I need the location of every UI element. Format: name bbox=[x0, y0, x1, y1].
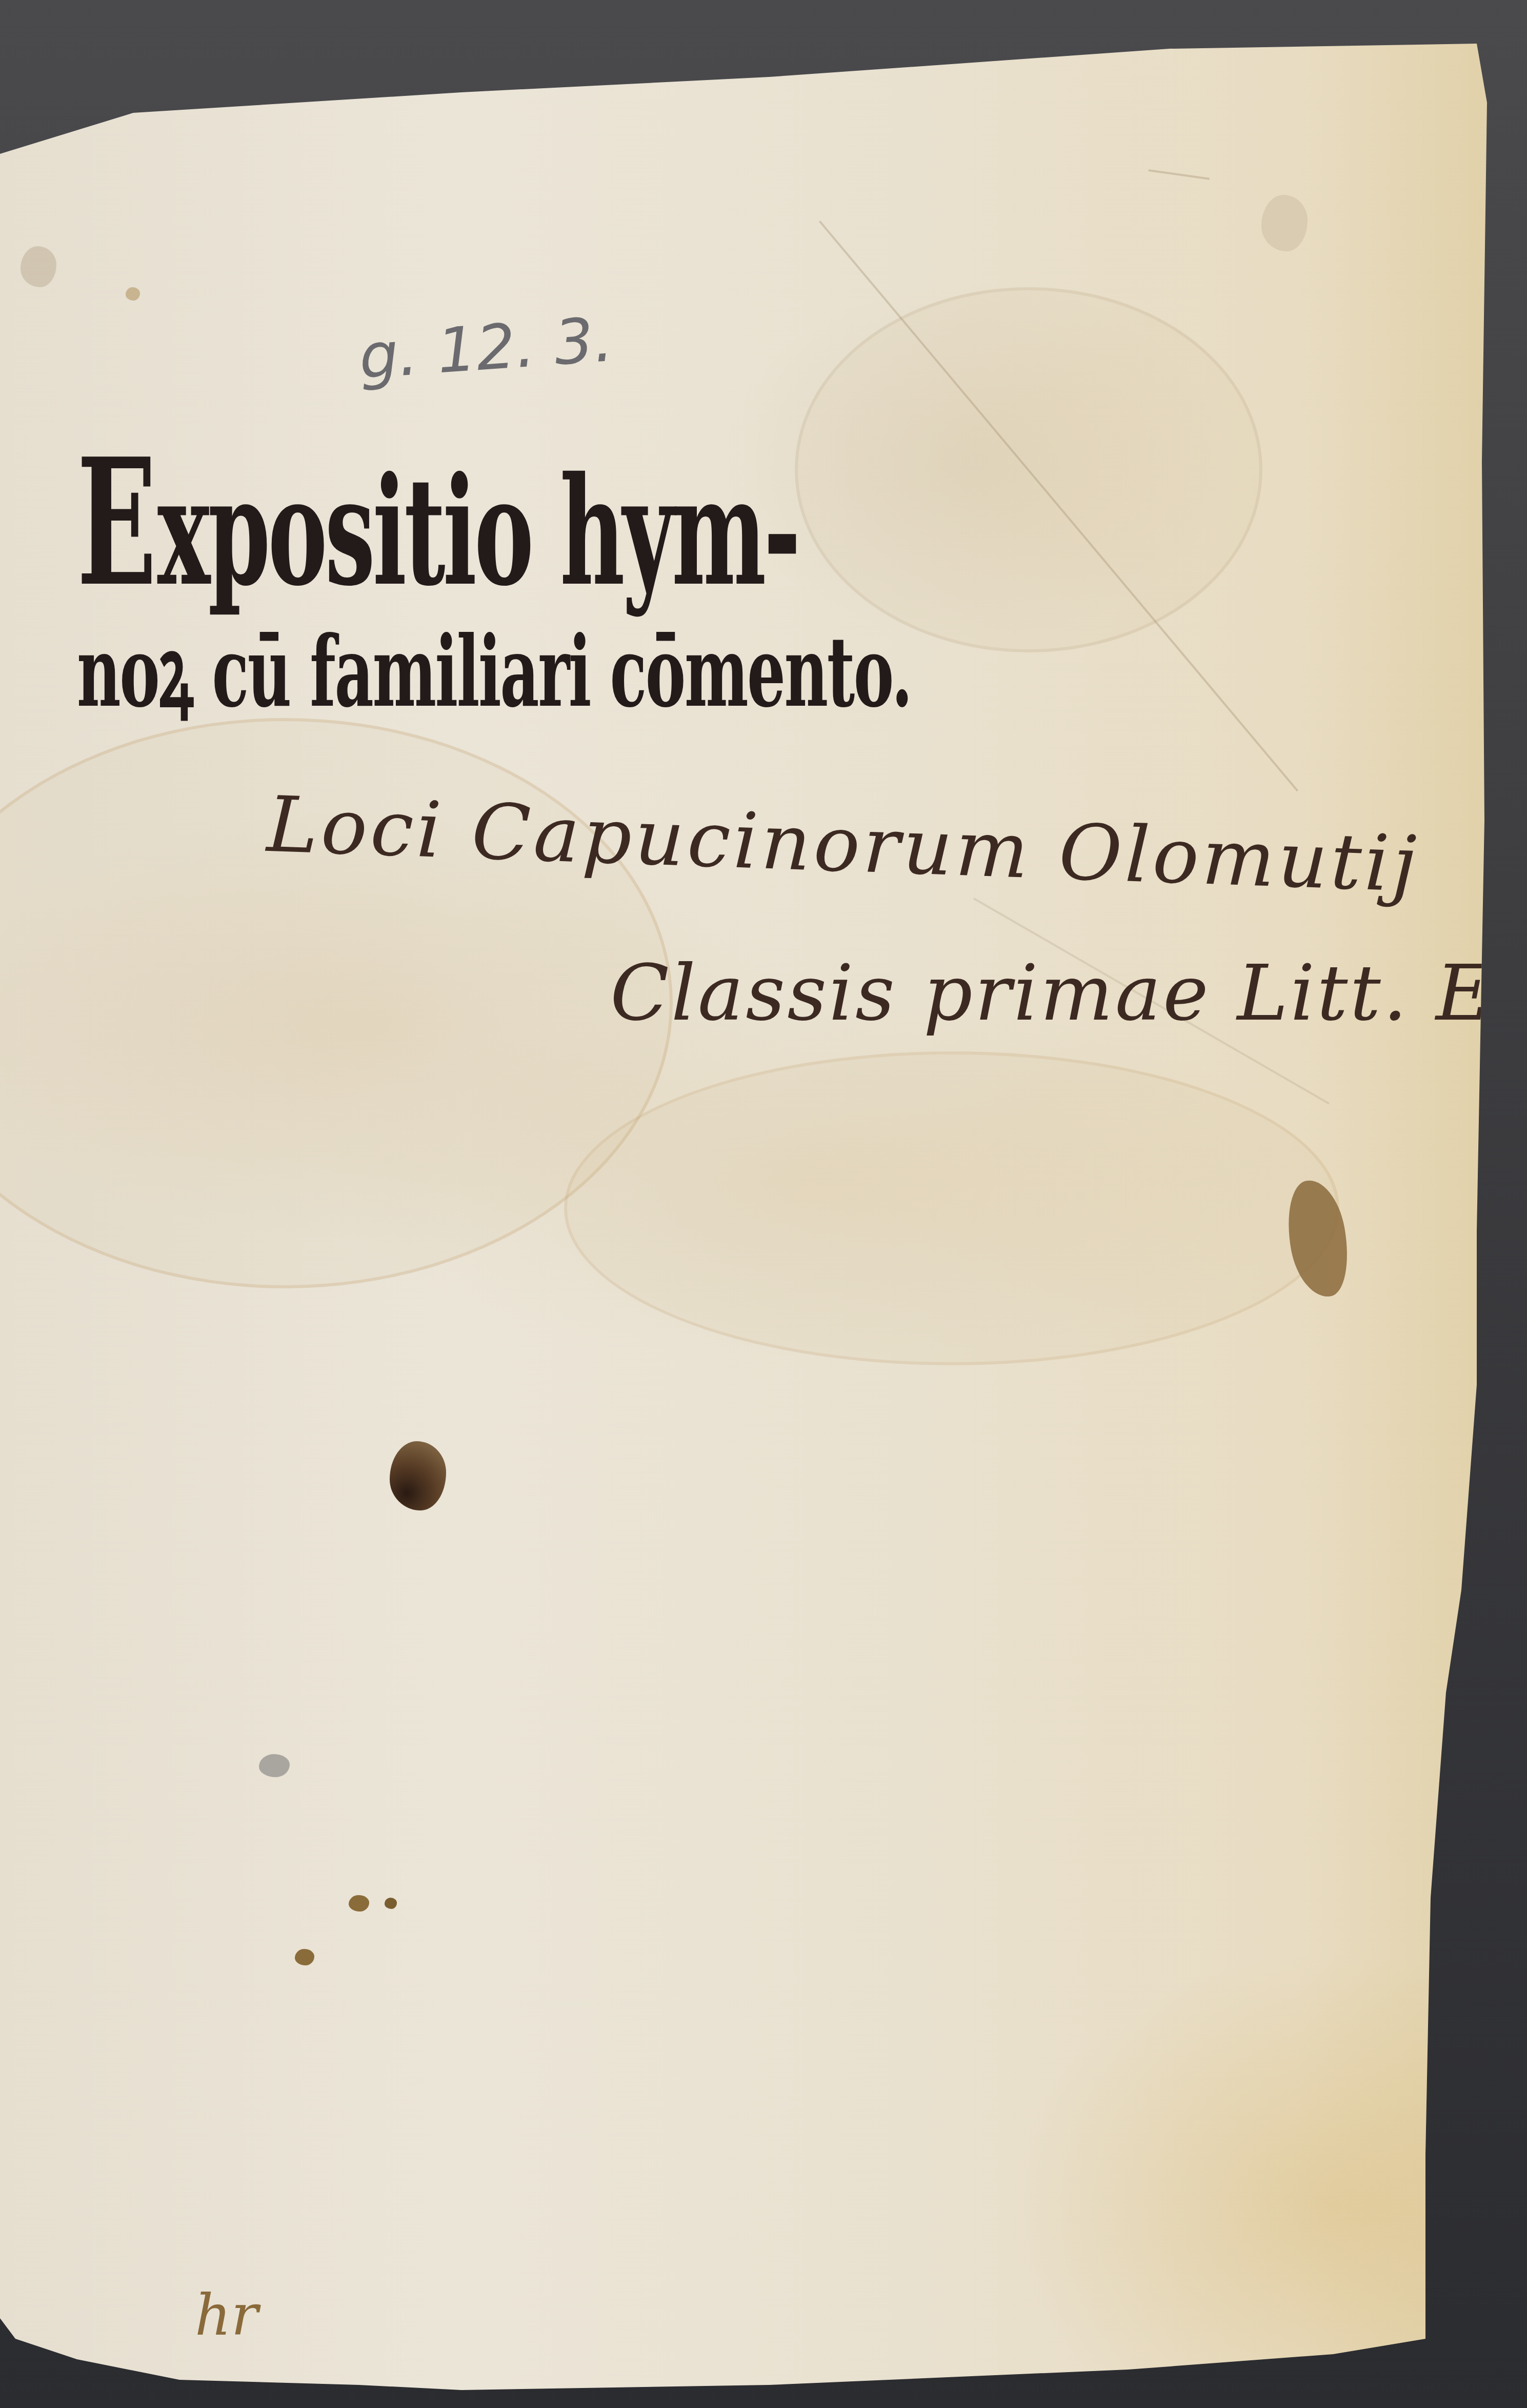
title-line-1: Expositio hym- bbox=[77, 446, 798, 609]
title-initial-letter: E bbox=[77, 446, 154, 600]
ownership-inscription-line-2: Classis primae Litt. E. bbox=[610, 949, 1520, 1038]
faint-spot bbox=[21, 246, 56, 287]
paper-leaf: g. 12. 3. Expositio hym- noꝝ cū familiar… bbox=[0, 0, 1527, 2408]
pencil-smudge bbox=[259, 1754, 290, 1777]
water-stain bbox=[564, 1051, 1339, 1365]
title-line-2: noꝝ cū familiari cōmento. bbox=[77, 621, 911, 723]
small-spot bbox=[385, 1898, 397, 1909]
bottom-note: hr bbox=[195, 2282, 258, 2348]
small-spot bbox=[295, 1949, 314, 1965]
dark-ink-stain bbox=[390, 1441, 446, 1510]
paper-crease bbox=[1148, 169, 1209, 180]
small-spot bbox=[349, 1895, 369, 1912]
small-spot bbox=[126, 287, 140, 301]
shelfmark-pencil: g. 12. 3. bbox=[357, 304, 615, 393]
faint-spot bbox=[1261, 195, 1308, 251]
photograph-scene: g. 12. 3. Expositio hym- noꝝ cū familiar… bbox=[0, 0, 1527, 2408]
title-line-1-text: xpositio hym- bbox=[157, 445, 798, 619]
